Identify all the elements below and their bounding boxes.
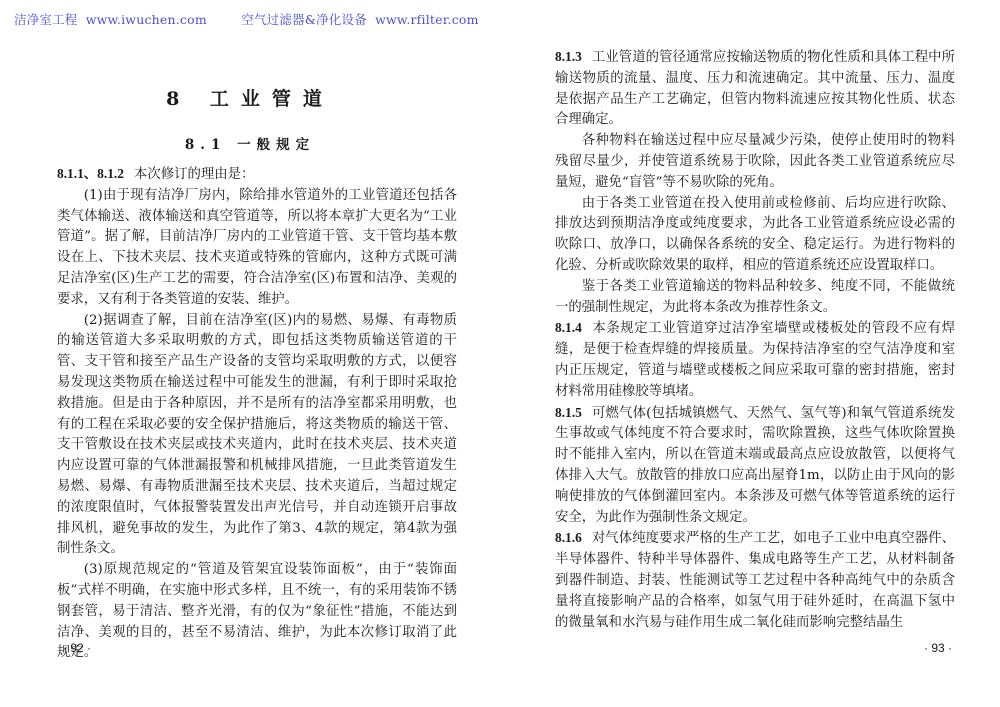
left-page: 8 工业管道 8.1 一般规定 8.1.1、8.1.2本次修订的理由是： (1)…: [0, 0, 500, 707]
left-body-text: 8.1.1、8.1.2本次修订的理由是： (1)由于现有洁净厂房内，除给排水管道…: [57, 164, 457, 664]
clause-number: 8.1.4: [555, 320, 582, 335]
paragraph: 8.1.6对气体纯度要求严格的生产工艺，如电子工业中电真空器件、半导体器件、特种…: [555, 528, 955, 633]
paragraph: 8.1.5可燃气体(包括城镇燃气、天然气、氢气等)和氧气管道系统发生事故或气体纯…: [555, 403, 955, 529]
paragraph: 8.1.3工业管道的管径通常应按输送物质的物化性质和具体工程中所输送物质的流量、…: [555, 47, 955, 131]
paragraph: 由于各类工业管道在投入使用前或检修前、后均应进行吹除、排放达到预期洁净度或纯度要…: [555, 194, 955, 277]
paragraph: (3)原规范规定的“管道及管架宜设装饰面板”，由于“装饰面板”式样不明确，在实施…: [57, 560, 457, 664]
page-number: · 93 ·: [924, 641, 952, 655]
paragraph: 鉴于各类工业管道输送的物料品种较多、纯度不同，不能做统一的强制性规定，为此将本条…: [555, 277, 955, 319]
right-page: 8.1.3工业管道的管径通常应按输送物质的物化性质和具体工程中所输送物质的流量、…: [500, 0, 1000, 707]
clause-number: 8.1.1、8.1.2: [57, 166, 124, 181]
paragraph: (1)由于现有洁净厂房内，除给排水管道外的工业管道还包括各类气体输送、液体输送和…: [57, 186, 457, 311]
right-body-text: 8.1.3工业管道的管径通常应按输送物质的物化性质和具体工程中所输送物质的流量、…: [555, 47, 955, 633]
paragraph: (2)据调查了解，目前在洁净室(区)内的易燃、易爆、有毒物质的输送管道大多采取明…: [57, 311, 457, 561]
paragraph: 8.1.4本条规定工业管道穿过洁净室墙壁或楼板处的管段不应有焊缝，是便于检查焊缝…: [555, 318, 955, 402]
paragraph: 各种物料在输送过程中应尽量减少污染，使停止使用时的物料残留尽量少，并使管道系统易…: [555, 131, 955, 193]
chapter-title: 8 工业管道: [0, 84, 500, 111]
page-number: · 92 ·: [63, 641, 91, 655]
section-title: 8.1 一般规定: [0, 133, 500, 153]
clause-number: 8.1.6: [555, 530, 582, 545]
paragraph: 8.1.1、8.1.2本次修订的理由是：: [57, 164, 457, 186]
clause-number: 8.1.3: [555, 49, 582, 64]
clause-number: 8.1.5: [555, 405, 582, 420]
